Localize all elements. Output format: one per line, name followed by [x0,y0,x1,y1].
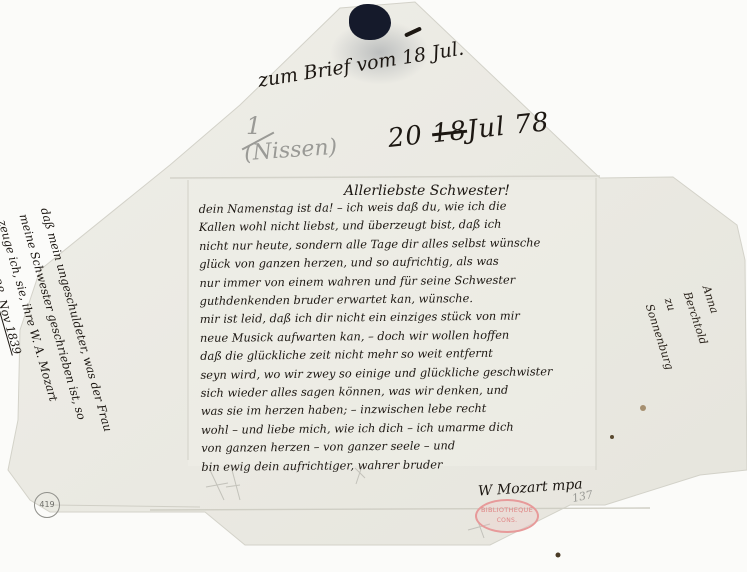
stamp-line1: BIBLIOTHEQUE [481,506,533,514]
body-line: bin ewig dein aufrichtiger, wahrer brude… [201,454,571,476]
date-day: 20 [386,120,424,154]
body-line: mir ist leid, daß ich dir nicht ein einz… [200,307,570,329]
date-struck-out: 18 [431,116,469,150]
body-line: seyn wird, wo wir zwey so einige und glü… [200,362,570,384]
letter-body: dein Namenstag ist da! – ich weis daß du… [199,196,572,476]
body-line: nur immer von einem wahren und für seine… [199,270,569,292]
library-stamp: BIBLIOTHEQUE CONS. [475,499,539,533]
inventory-number: 419 [34,492,60,518]
stamp-line2: CONS. [477,517,537,524]
letter-photo: zum Brief vom 18 Jul. 20 18Jul 78 1 (Nis… [0,0,747,572]
archive-number: 1 [246,112,261,140]
wax-seal-icon [349,4,391,40]
